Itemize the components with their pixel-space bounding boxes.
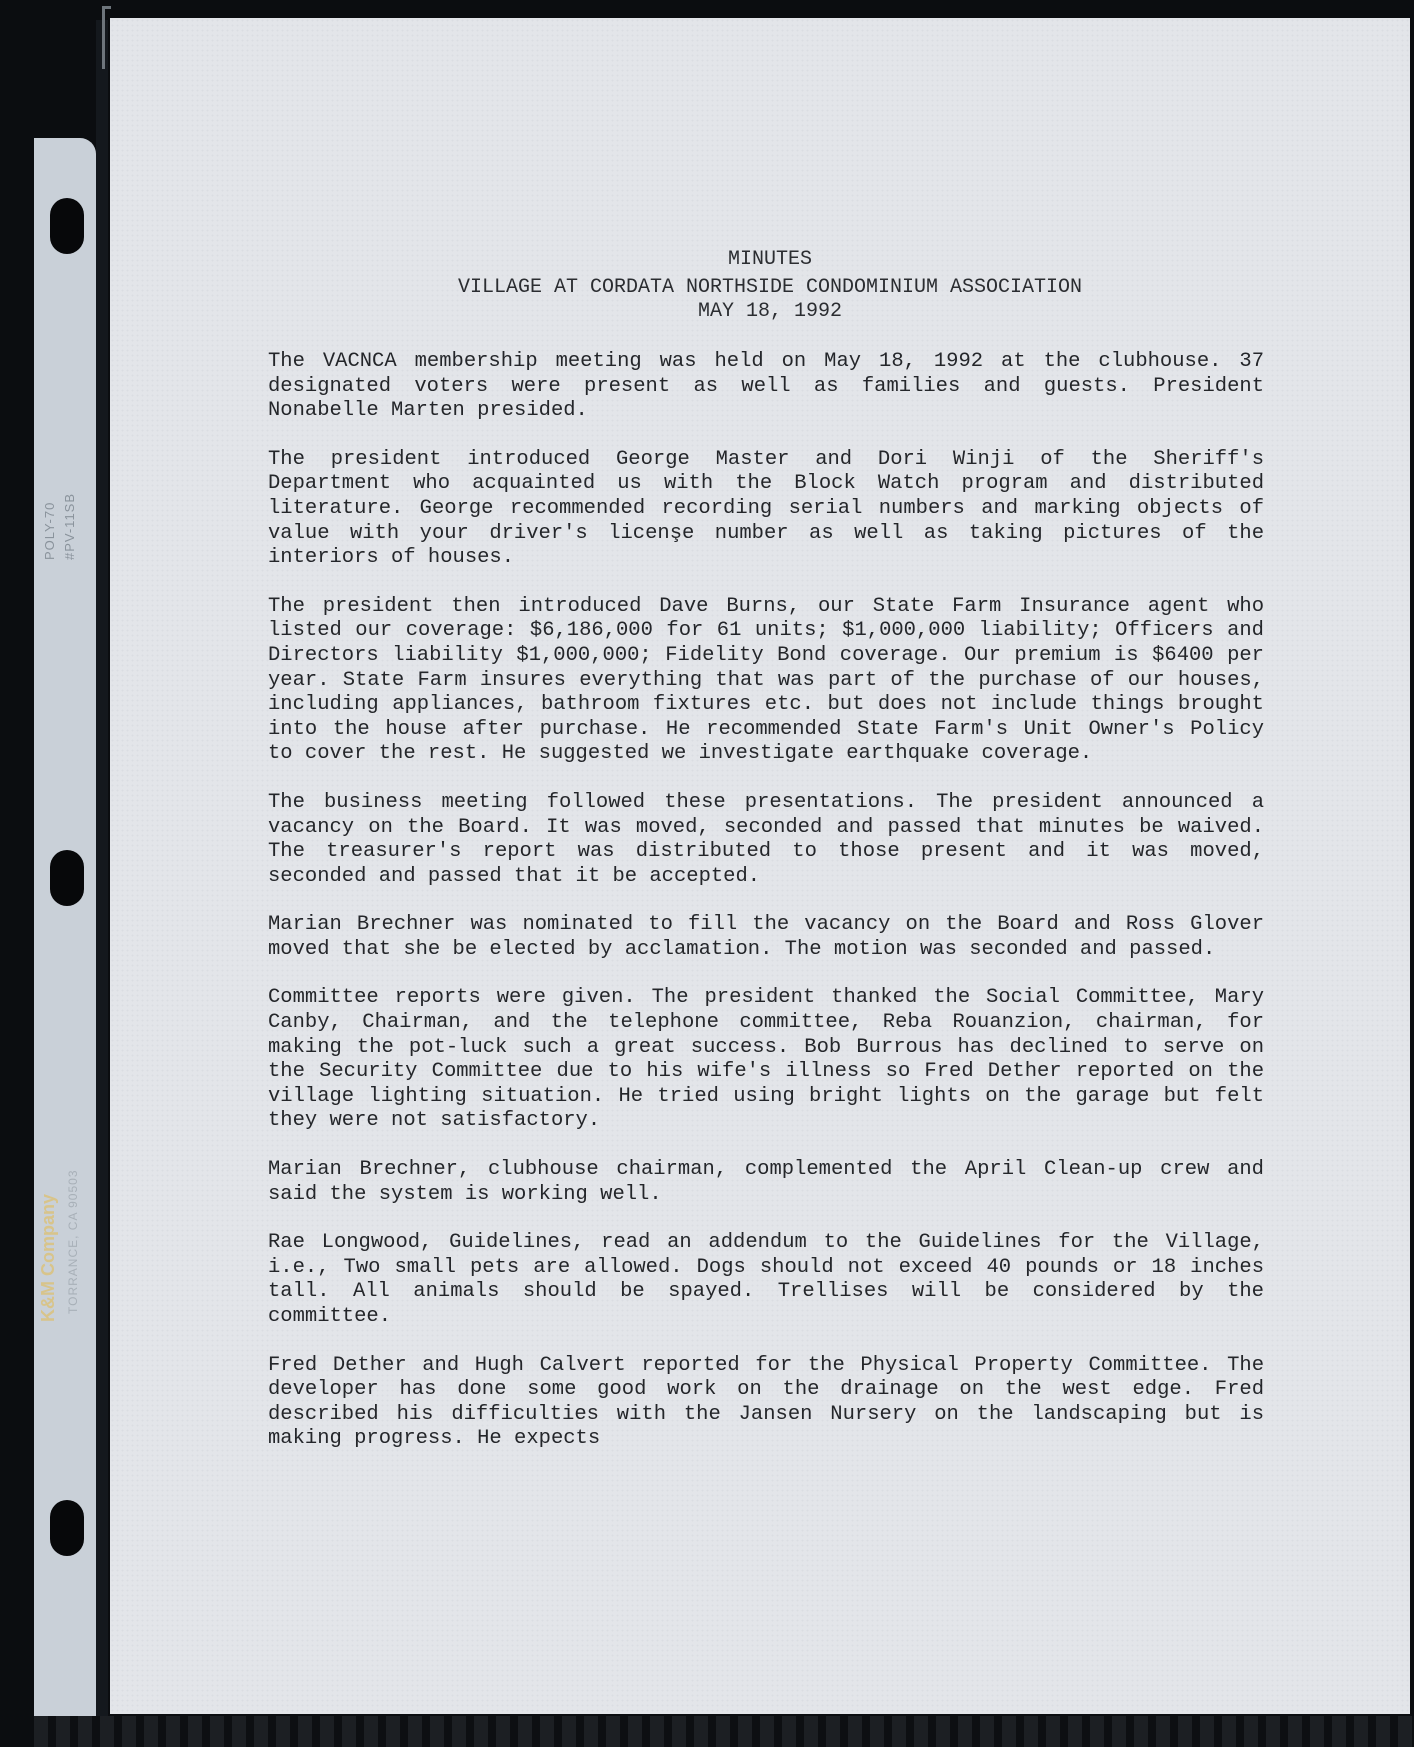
brand-address: TORRANCE, CA 90503 bbox=[66, 1170, 80, 1315]
product-code-1: POLY-70 bbox=[42, 502, 57, 560]
paragraph-business-meeting: The business meeting followed these pres… bbox=[268, 791, 1264, 889]
paragraph-attendance: The VACNCA membership meeting was held o… bbox=[268, 350, 1264, 424]
document-title: MINUTES bbox=[330, 248, 1210, 272]
paragraph-physical-property: Fred Dether and Hugh Calvert reported fo… bbox=[268, 1354, 1264, 1452]
organization-name: VILLAGE AT CORDATA NORTHSIDE CONDOMINIUM… bbox=[330, 276, 1210, 300]
binder-bottom-edge bbox=[34, 1716, 1414, 1747]
paragraph-insurance: The president then introduced Dave Burns… bbox=[268, 595, 1264, 767]
meeting-date: MAY 18, 1992 bbox=[330, 300, 1210, 324]
paragraph-block-watch: The president introduced George Master a… bbox=[268, 448, 1264, 571]
binder-rail bbox=[96, 20, 108, 1720]
punch-hole-top bbox=[50, 198, 84, 254]
paragraph-clubhouse: Marian Brechner, clubhouse chairman, com… bbox=[268, 1158, 1264, 1207]
sheet-protector-strip bbox=[34, 138, 96, 1718]
punch-hole-middle bbox=[50, 850, 84, 906]
paragraph-committee-reports: Committee reports were given. The presid… bbox=[268, 986, 1264, 1134]
product-code-2: #PV-11SB bbox=[62, 493, 77, 560]
punch-hole-bottom bbox=[50, 1500, 84, 1556]
brand-name: K&M Company bbox=[38, 1194, 59, 1322]
paragraph-guidelines: Rae Longwood, Guidelines, read an addend… bbox=[268, 1231, 1264, 1329]
minutes-body: The VACNCA membership meeting was held o… bbox=[268, 350, 1264, 1476]
paragraph-board-election: Marian Brechner was nominated to fill th… bbox=[268, 913, 1264, 962]
